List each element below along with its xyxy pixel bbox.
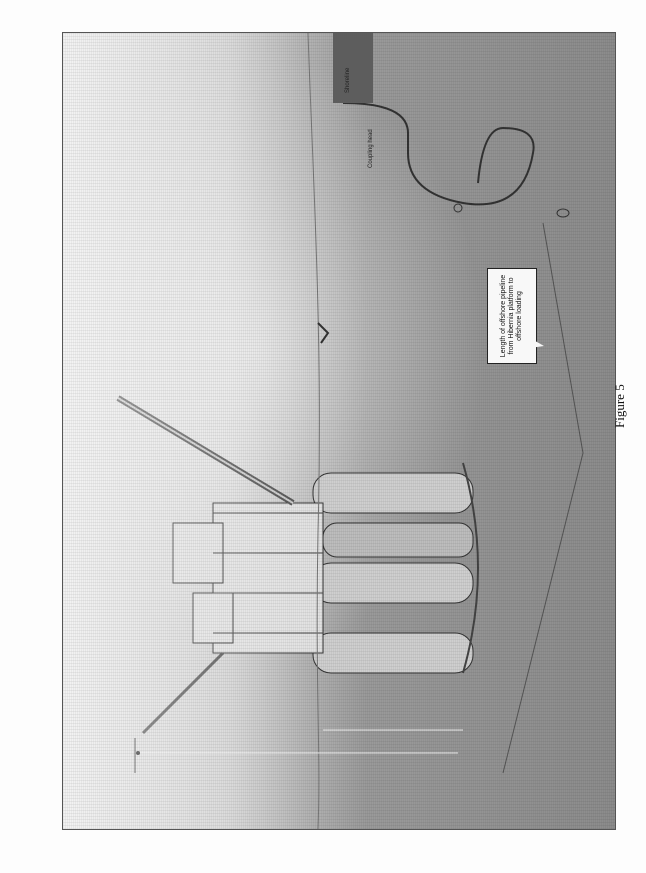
scanned-page: Coupling head Shoreline Length of offsho…	[0, 0, 646, 873]
coupling-head-label: Coupling head	[368, 129, 374, 168]
platform-illustration: Coupling head Shoreline	[62, 32, 616, 830]
callout-box: Length of offshore pipeline from Hiberni…	[487, 268, 537, 364]
figure-caption: Figure 5	[612, 384, 628, 428]
shore-block	[333, 33, 373, 103]
shore-label: Shoreline	[345, 68, 351, 93]
callout-pointer	[530, 338, 544, 348]
callout-text: Length of offshore pipeline from Hiberni…	[500, 271, 524, 361]
scan-noise	[63, 33, 615, 829]
